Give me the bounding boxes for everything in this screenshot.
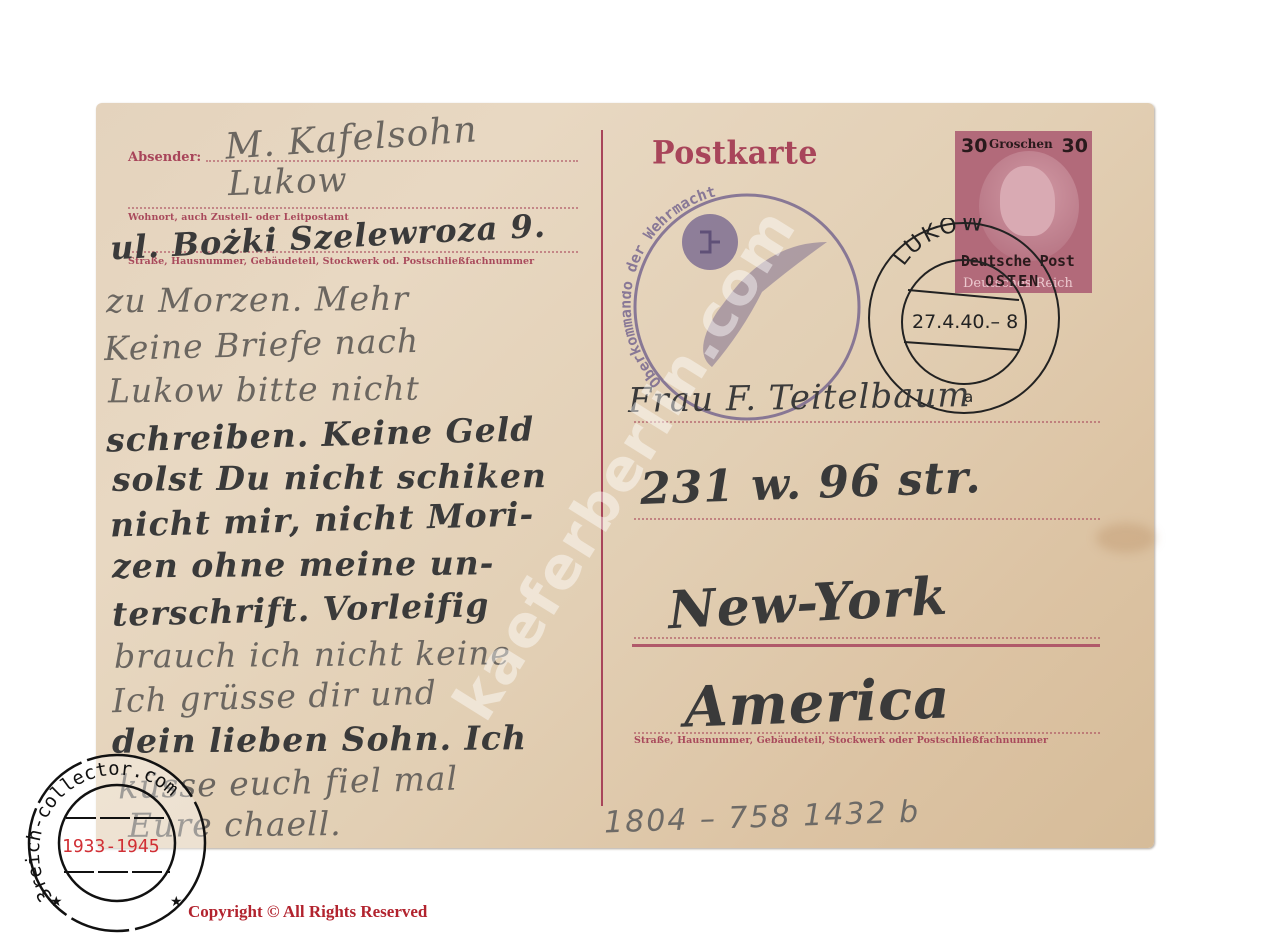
message-line: Keine Briefe nach: [104, 321, 420, 368]
seal-years: 1933-1945: [62, 836, 160, 857]
seal-star-right-icon: ★: [170, 895, 183, 910]
stamp-value-right: 30: [1062, 135, 1088, 157]
message-line: zu Morzen. Mehr: [106, 279, 409, 321]
message-line: zen ohne meine un-: [112, 543, 495, 585]
sender-label: Absender:: [128, 150, 201, 165]
postmark-date: 27.4.40.– 8: [912, 311, 1018, 333]
message-line: solst Du nicht schiken: [112, 456, 547, 499]
recipient-country: America: [683, 665, 952, 740]
stamp-currency: Groschen: [989, 137, 1053, 151]
copyright-notice: Copyright © All Rights Reserved: [188, 902, 427, 922]
message-line: Lukow bitte nicht: [108, 369, 420, 411]
city-underline: [632, 644, 1100, 647]
postcard-title: Postkarte: [652, 135, 818, 172]
seal-star-left-icon: ★: [50, 895, 63, 910]
sender-town: Lukow: [227, 160, 348, 204]
collector-seal: 3reich-collector.com 1933-1945 ★ ★: [22, 748, 212, 938]
message-line: brauch ich nicht keine: [114, 633, 511, 675]
address-dotted-line-1: [634, 421, 1100, 423]
paper-stain: [1096, 523, 1156, 553]
address-dotted-line-2: [634, 518, 1100, 520]
stamp-value-left: 30: [961, 135, 987, 157]
